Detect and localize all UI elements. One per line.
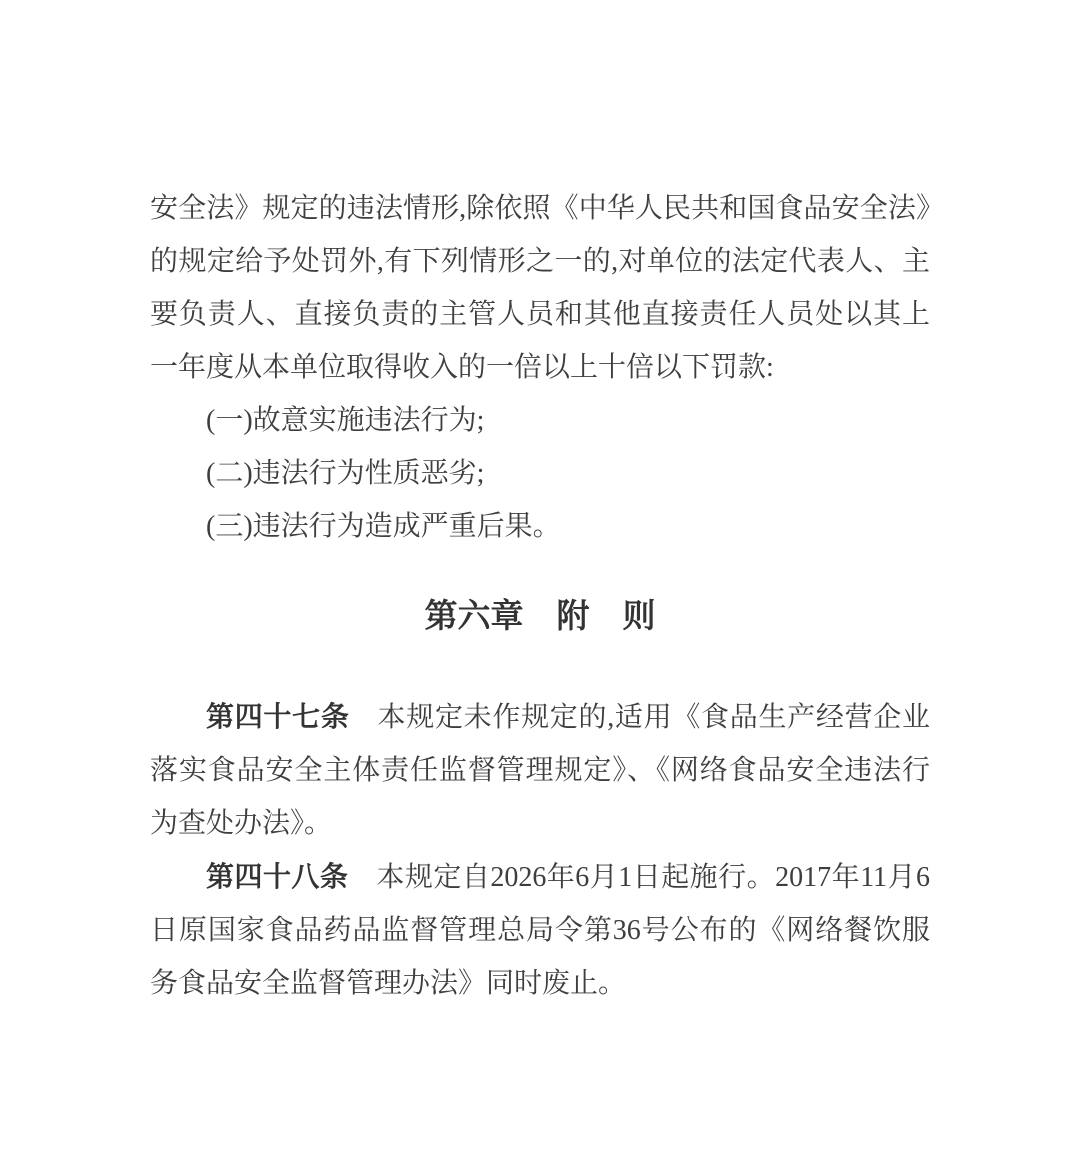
article-47-label: 第四十七条: [206, 701, 350, 732]
chapter-heading: 第六章 附 则: [150, 589, 930, 642]
article-47-paragraph: 第四十七条本规定未作规定的,适用《食品生产经营企业落实食品安全主体责任监督管理规…: [150, 690, 930, 850]
list-item-3: (三)违法行为造成严重后果。: [150, 500, 930, 553]
list-item-1: (一)故意实施违法行为;: [150, 394, 930, 447]
document-page: 安全法》规定的违法情形,除依照《中华人民共和国食品安全法》的规定给予处罚外,有下…: [0, 0, 1080, 1154]
article-48-label: 第四十八条: [206, 861, 348, 892]
document-body: 安全法》规定的违法情形,除依照《中华人民共和国食品安全法》的规定给予处罚外,有下…: [150, 182, 930, 1010]
list-item-2: (二)违法行为性质恶劣;: [150, 447, 930, 500]
continued-paragraph: 安全法》规定的违法情形,除依照《中华人民共和国食品安全法》的规定给予处罚外,有下…: [150, 182, 930, 394]
article-48-paragraph: 第四十八条本规定自2026年6月1日起施行。2017年11月6日原国家食品药品监…: [150, 850, 930, 1010]
